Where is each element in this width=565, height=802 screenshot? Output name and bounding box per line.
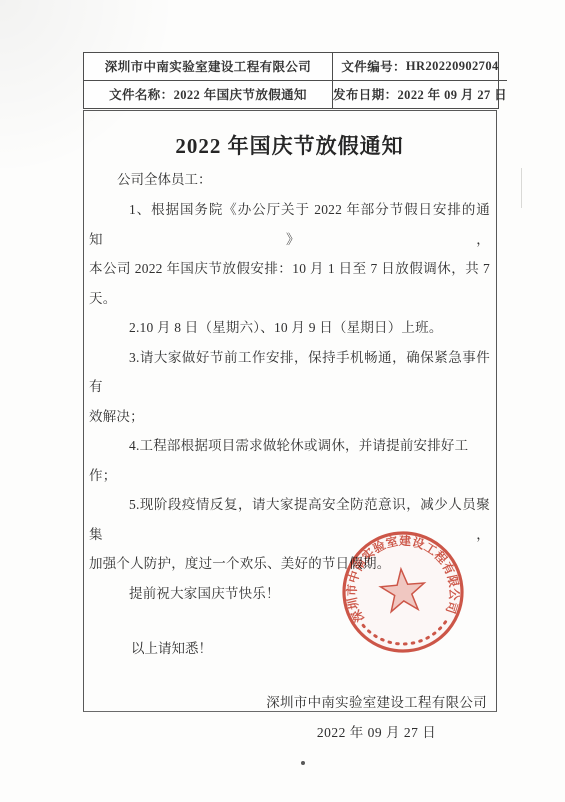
body-line: 4.工程部根据项目需求做轮休或调休，并请提前安排好工作；: [89, 431, 490, 490]
closing-line: 以上请知悉！: [89, 634, 490, 664]
file-name-value: 2022 年国庆节放假通知: [174, 85, 307, 103]
document-header-table: 深圳市中南实验室建设工程有限公司 文件编号：HR20220902704 文件名称…: [83, 52, 499, 109]
salutation: 公司全体员工：: [89, 165, 490, 195]
signature-block: 深圳市中南实验室建设工程有限公司 2022 年 09 月 27 日: [266, 688, 487, 748]
scan-artifact: [521, 168, 522, 208]
scan-speck: [301, 761, 305, 765]
scanned-document-page: 深圳市中南实验室建设工程有限公司 文件编号：HR20220902704 文件名称…: [0, 0, 565, 802]
body-line: 2.10 月 8 日（星期六）、10 月 9 日（星期日）上班。: [89, 313, 490, 343]
body-line: 本公司 2022 年国庆节放假安排：10 月 1 日至 7 日放假调休，共 7: [89, 254, 490, 284]
signature-date: 2022 年 09 月 27 日: [266, 718, 487, 748]
signature-company: 深圳市中南实验室建设工程有限公司: [266, 688, 487, 718]
document-body-frame: 2022 年国庆节放假通知 公司全体员工： 1、根据国务院《办公厅关于 2022…: [83, 110, 497, 712]
body-line: 提前祝大家国庆节快乐！: [89, 579, 490, 609]
issue-date-label: 发布日期：: [333, 85, 398, 103]
body-line: 天。: [89, 284, 490, 314]
body-line: 效解决；: [89, 402, 490, 432]
doc-number-label: 文件编号：: [341, 57, 406, 75]
header-company-cell: 深圳市中南实验室建设工程有限公司: [84, 53, 333, 81]
header-doc-number-cell: 文件编号：HR20220902704: [333, 53, 507, 81]
file-name-label: 文件名称：: [109, 85, 174, 103]
doc-number-value: HR20220902704: [406, 59, 499, 74]
body-line: 5.现阶段疫情反复，请大家提高安全防范意识，减少人员聚集，: [89, 490, 490, 549]
body-line: 加强个人防护，度过一个欢乐、美好的节日假期。: [89, 549, 490, 579]
header-issue-date-cell: 发布日期：2022 年 09 月 27 日: [333, 81, 507, 109]
body-line: 3.请大家做好节前工作安排，保持手机畅通，确保紧急事件有: [89, 343, 490, 402]
document-title: 2022 年国庆节放假通知: [89, 131, 490, 161]
header-company-text: 深圳市中南实验室建设工程有限公司: [105, 57, 311, 75]
body-line: 1、根据国务院《办公厅关于 2022 年部分节假日安排的通知》，: [89, 195, 490, 254]
header-file-name-cell: 文件名称：2022 年国庆节放假通知: [84, 81, 333, 109]
issue-date-value: 2022 年 09 月 27 日: [398, 85, 508, 103]
